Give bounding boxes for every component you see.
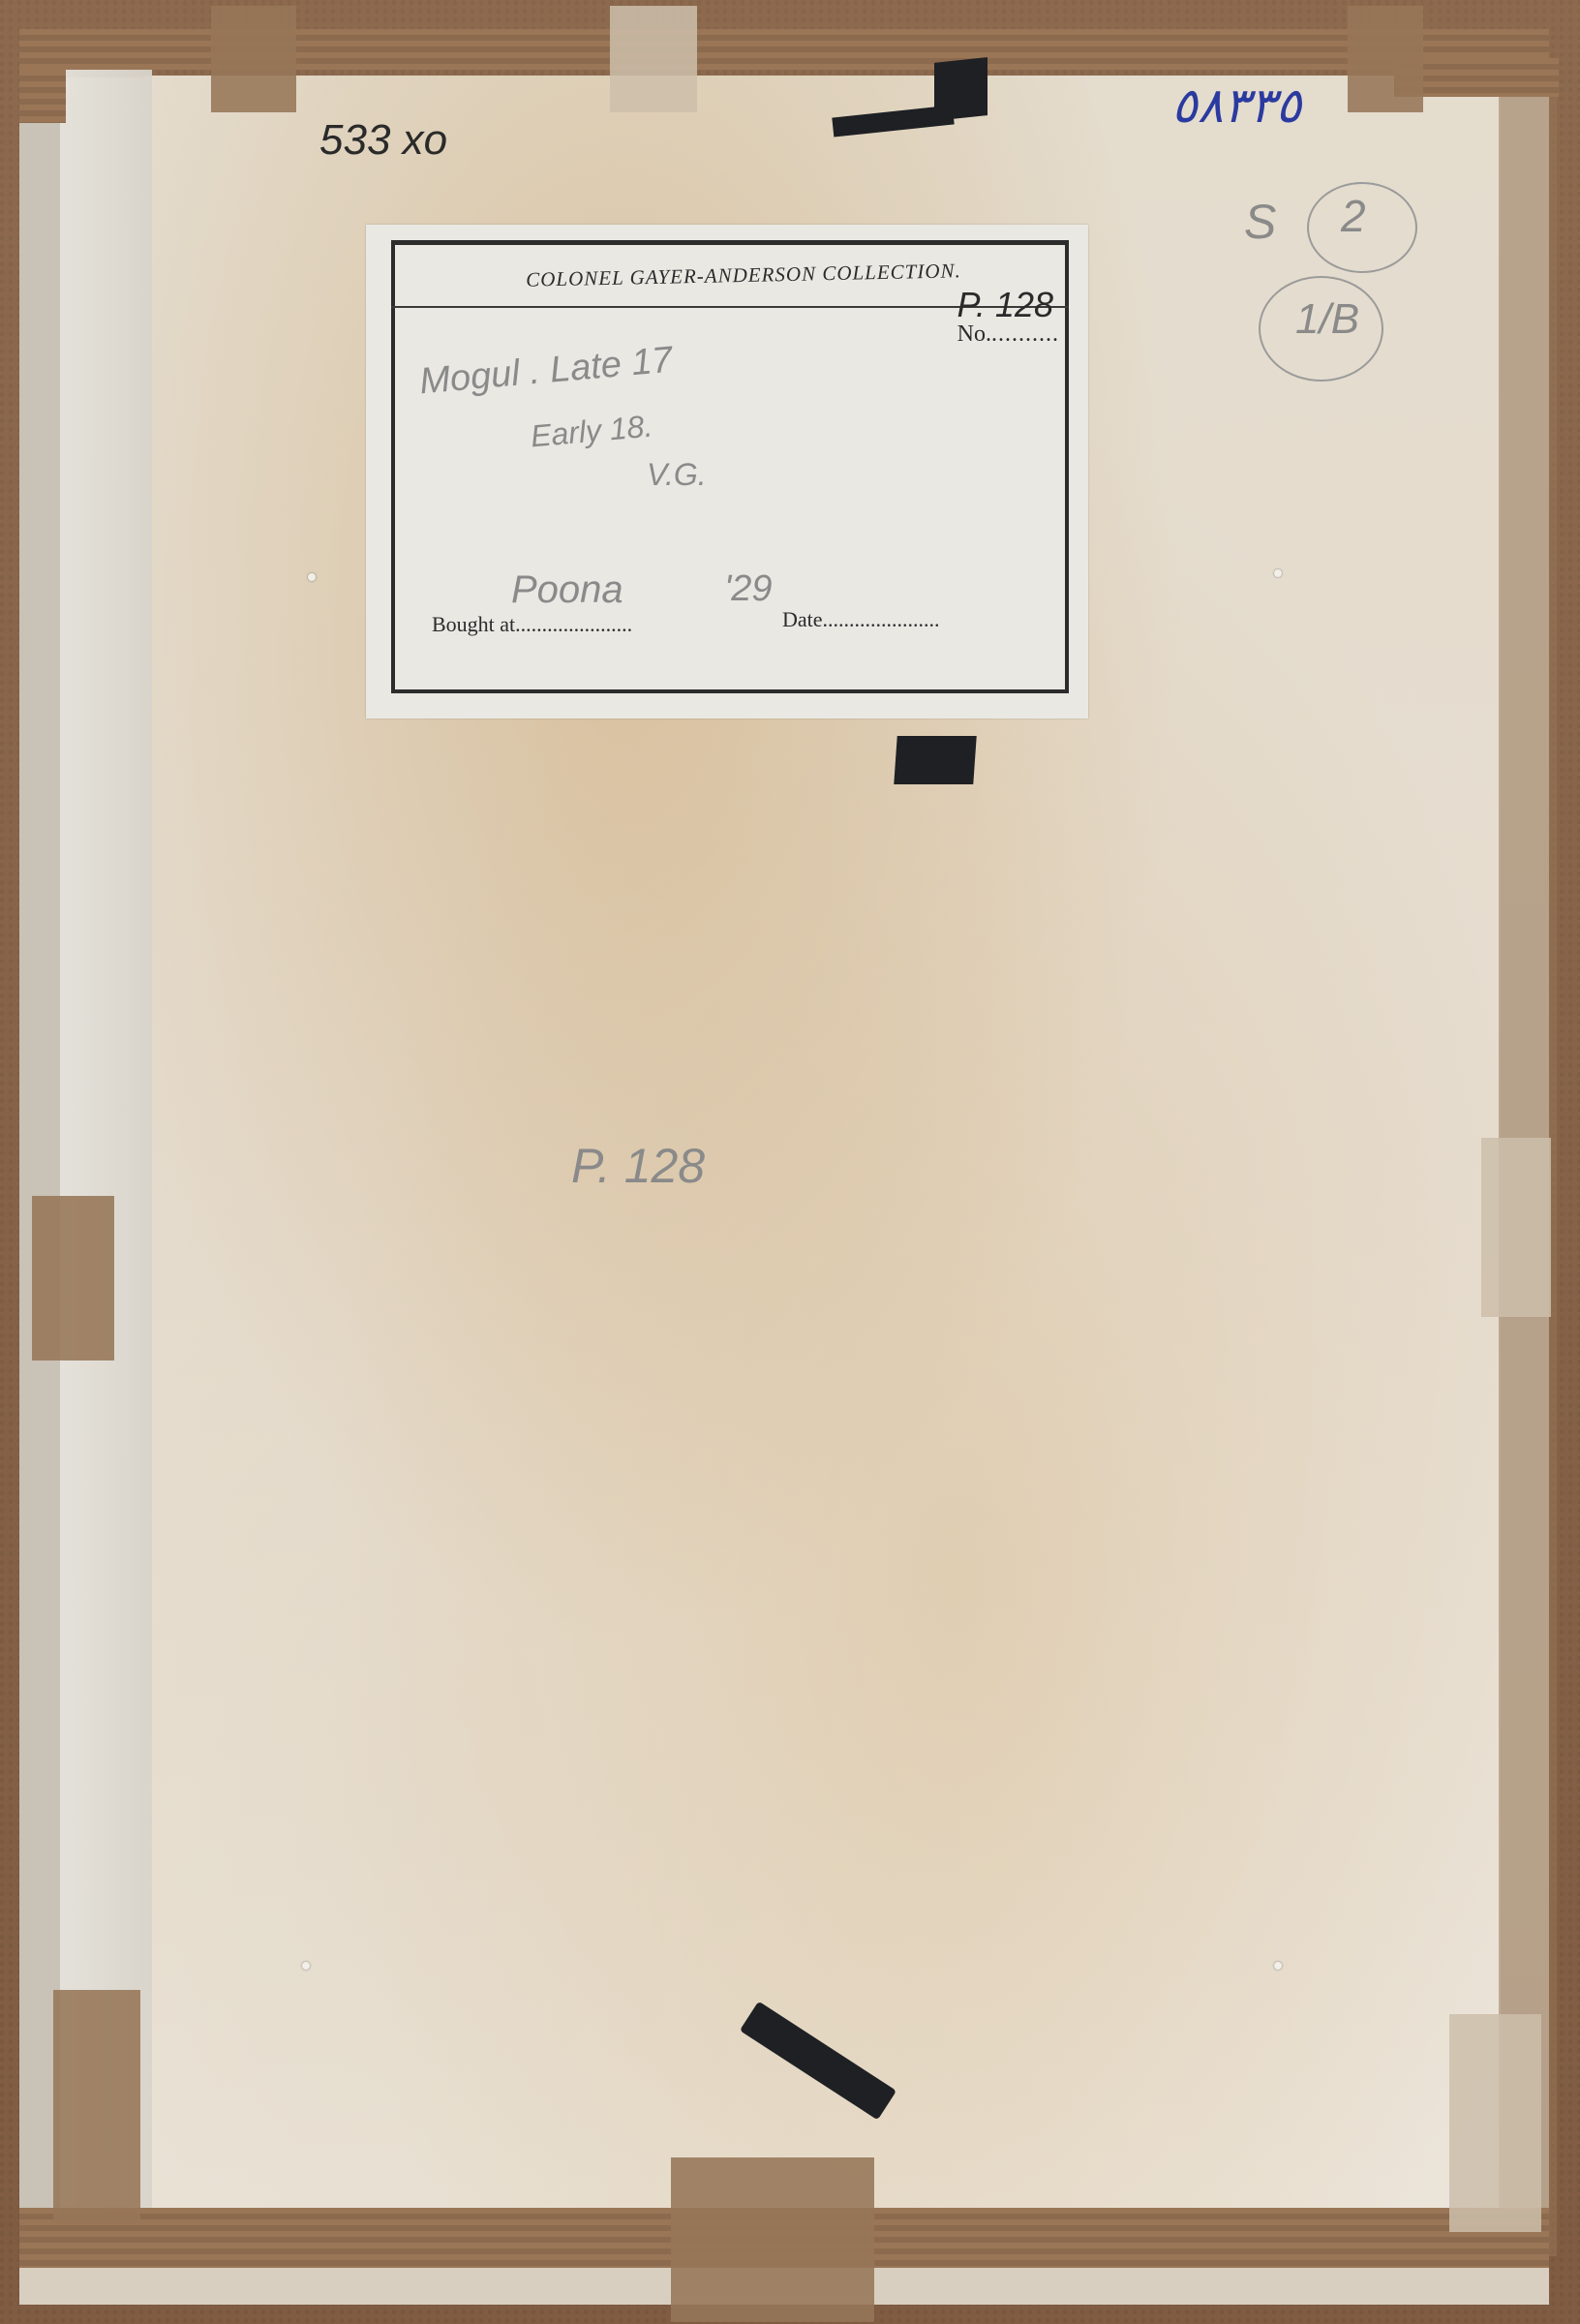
collection-label: COLONEL GAYER-ANDERSON COLLECTION. No...… — [366, 225, 1088, 719]
label-date-text: Date — [782, 607, 823, 631]
left-white-strip — [60, 29, 152, 2256]
pencil-number-2: 2 — [1341, 190, 1366, 242]
handwritten-533xo: 533 xo — [319, 116, 447, 165]
label-date-field: Date...................... — [782, 607, 940, 632]
label-bought-dots: ...................... — [515, 612, 632, 636]
tape-patch-right — [1481, 1138, 1551, 1317]
label-date-dots: ...................... — [823, 607, 940, 631]
label-bought-value: Poona — [511, 568, 623, 612]
pin-hole — [1274, 1962, 1282, 1970]
tape-patch-bottom-left — [53, 1990, 140, 2222]
label-bought-text: Bought at — [432, 612, 515, 636]
label-bought-field: Bought at...................... — [432, 612, 632, 637]
tape-patch-bottom-right — [1449, 2014, 1541, 2232]
tape-patch-top-right — [1348, 6, 1423, 112]
handwritten-arabic-numbers: ٥٨٣٣٥ — [1171, 77, 1301, 134]
top-left-tape — [19, 70, 66, 123]
tape-patch-bottom-center — [671, 2157, 874, 2322]
label-number-field: No........... — [957, 321, 1059, 348]
tape-patch-left — [32, 1196, 114, 1361]
label-note-line3: V.G. — [647, 457, 707, 493]
label-date-value: '29 — [724, 568, 773, 610]
pin-hole — [1274, 569, 1282, 577]
pin-hole — [302, 1962, 310, 1970]
label-number-value: P. 128 — [957, 285, 1053, 325]
pencil-1-b: 1/B — [1295, 295, 1359, 344]
tape-patch-top-left — [211, 6, 296, 112]
pencil-p128: P. 128 — [571, 1138, 705, 1194]
black-mark-middle — [894, 736, 976, 784]
pin-hole — [308, 573, 316, 581]
tape-patch-top-center — [610, 6, 697, 112]
pencil-s: S — [1244, 194, 1276, 250]
